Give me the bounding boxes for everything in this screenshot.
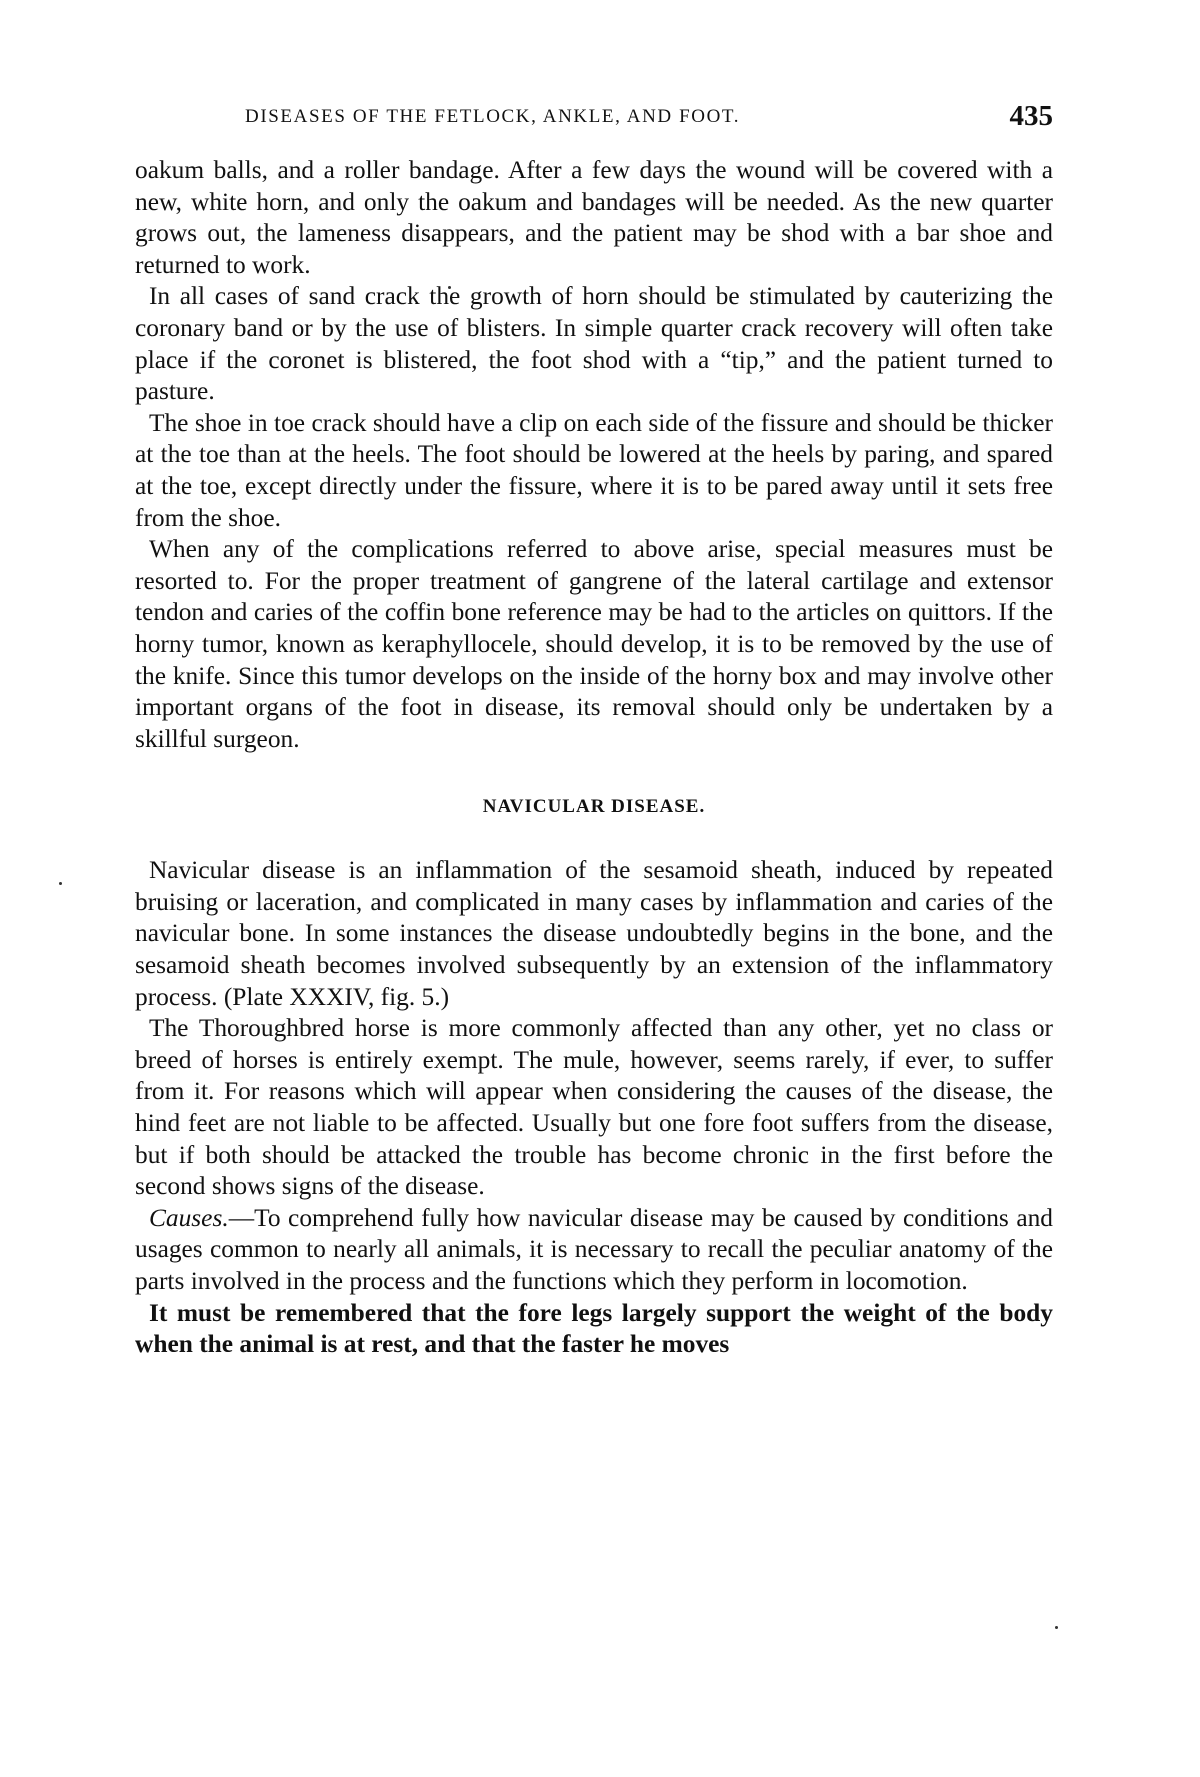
causes-label: Causes. (149, 1204, 229, 1232)
page-number: 435 (1010, 100, 1054, 133)
section-heading: NAVICULAR DISEASE. (135, 792, 1053, 822)
scan-speck (59, 882, 62, 885)
causes-text: —To comprehend fully how navicular disea… (135, 1204, 1053, 1295)
paragraph-sand-crack-continued: oakum balls, and a roller bandage. After… (135, 155, 1053, 281)
book-page: DISEASES OF THE FETLOCK, ANKLE, AND FOOT… (0, 0, 1200, 1777)
paragraph-toe-crack-shoe: The shoe in toe crack should have a clip… (135, 408, 1053, 534)
paragraph-fore-legs: It must be remembered that the fore legs… (135, 1298, 1053, 1361)
paragraph-navicular-causes: Causes.—To comprehend fully how navicula… (135, 1203, 1053, 1298)
scan-speck (448, 286, 451, 289)
paragraph-navicular-breeds: The Thoroughbred horse is more commonly … (135, 1013, 1053, 1203)
scan-speck (1055, 1626, 1058, 1629)
running-head: DISEASES OF THE FETLOCK, ANKLE, AND FOOT… (135, 100, 1053, 134)
body-text: oakum balls, and a roller bandage. After… (135, 155, 1053, 1361)
paragraph-complications: When any of the complications referred t… (135, 534, 1053, 755)
paragraph-sand-crack-growth: In all cases of sand crack the growth of… (135, 281, 1053, 407)
paragraph-navicular-definition: Navicular disease is an inflammation of … (135, 855, 1053, 1013)
running-title: DISEASES OF THE FETLOCK, ANKLE, AND FOOT… (245, 106, 740, 128)
